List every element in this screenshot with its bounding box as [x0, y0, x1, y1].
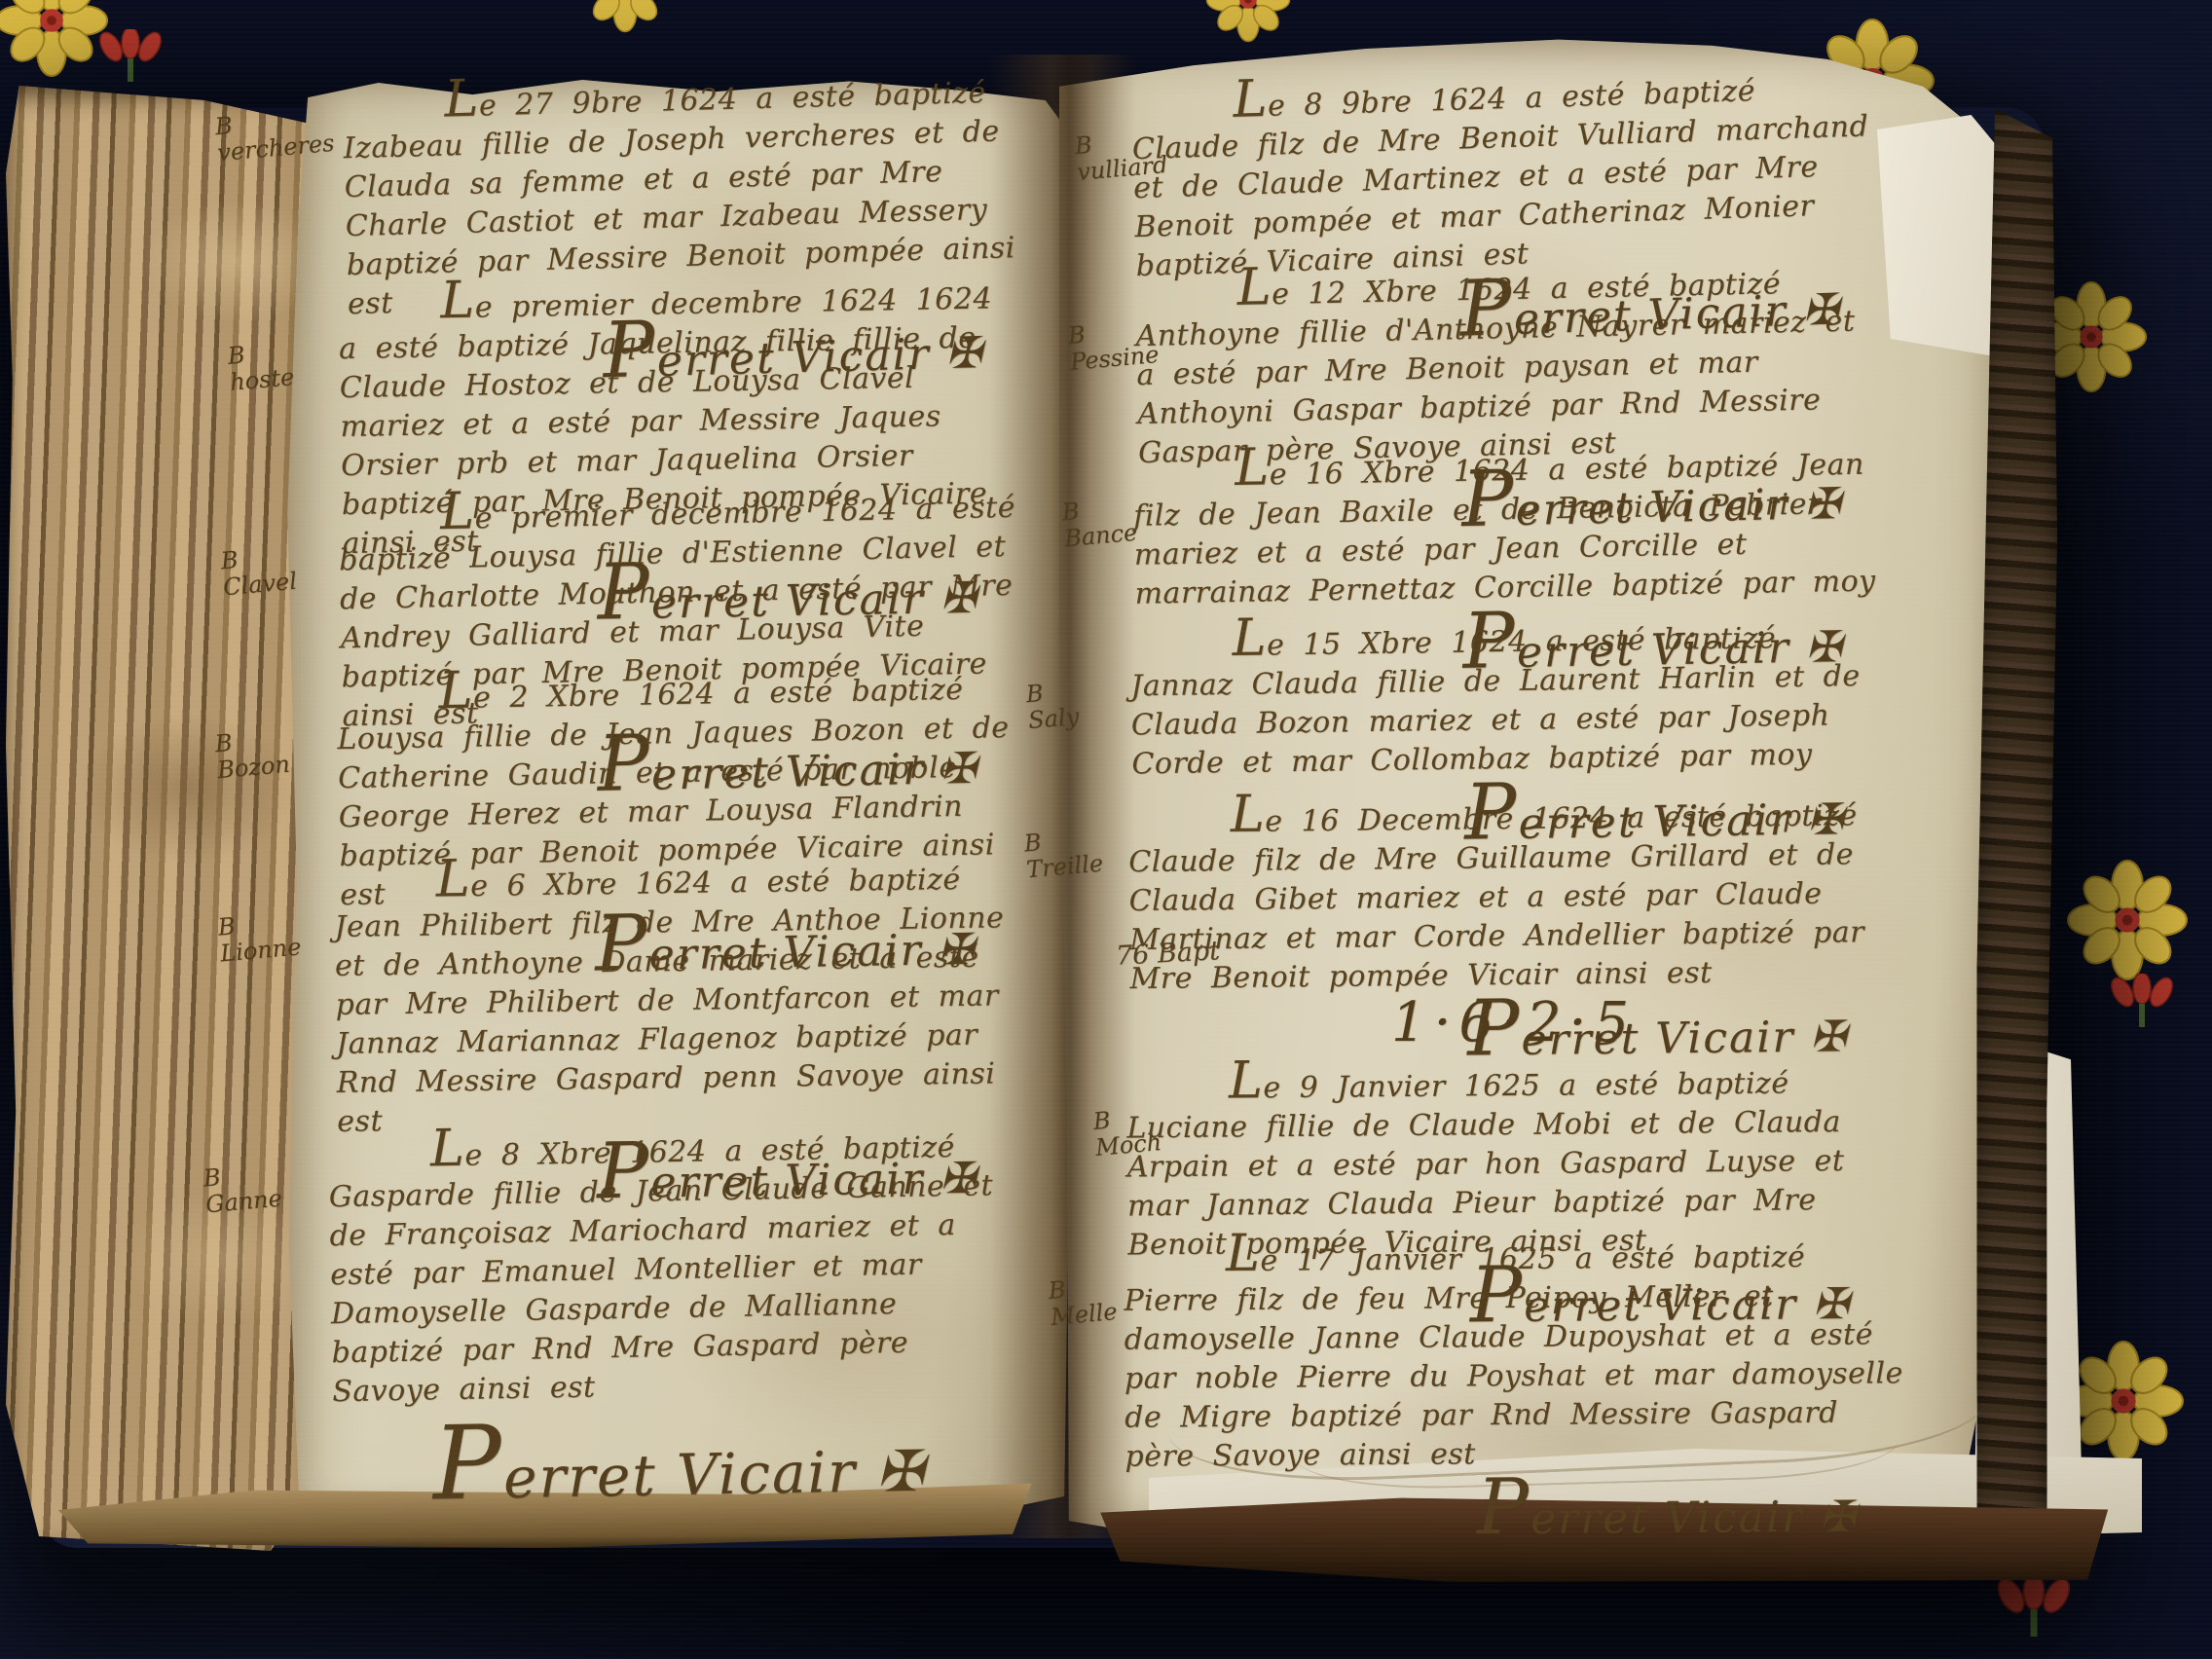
entry-text: Le 16 Decembre 1624 a esté baptizé Claud… — [1128, 785, 1895, 999]
entry-text: Le 15 Xbre 1624 a esté baptizé Jannaz Cl… — [1129, 607, 1891, 785]
margin-note: B Lionne — [217, 907, 303, 967]
parish-register-photo: B vercheres Le 27 9bre 1624 a esté bapti… — [0, 0, 2212, 1659]
baptism-count-note: 76 Bapt — [1115, 936, 1220, 972]
embroidered-flower-icon — [1205, 0, 1291, 43]
embroidered-flower-icon — [2066, 859, 2189, 981]
entry-text: Le 8 Xbre 1624 a esté baptizé Gasparde f… — [328, 1116, 1024, 1412]
margin-note: B Ganne — [203, 1160, 283, 1219]
baptism-entry: Le 17 Janvier 1625 a esté baptizé Pierre… — [1124, 1226, 1904, 1547]
margin-note: B vercheres — [214, 104, 336, 166]
vicar-signature: Perret Vicair ✠ — [333, 1414, 1025, 1514]
embroidered-flower-icon — [580, 0, 670, 33]
entry-text: Le 6 Xbre 1624 a esté baptizé Jean Phili… — [333, 848, 1023, 1142]
embroidered-red-bud-icon — [82, 29, 179, 88]
margin-note: B hoste — [227, 338, 296, 396]
margin-note: B Bance — [1061, 494, 1138, 552]
margin-note: B Clavel — [220, 542, 298, 601]
worn-page-edges-stack — [6, 86, 337, 1551]
embroidered-red-bud-icon — [2093, 974, 2191, 1034]
vicar-signature: Perret Vicair ✠ — [1125, 1473, 1904, 1547]
margin-note: B Bozon — [214, 725, 291, 784]
entry-text: Le 8 9bre 1624 a esté baptizé Claude fil… — [1130, 56, 1886, 286]
entry-text: Le 16 Xbre 1624 a esté baptizé Jean filz… — [1132, 433, 1890, 613]
baptism-entry: Le 8 Xbre 1624 a esté baptizé Gasparde f… — [328, 1116, 1026, 1514]
entry-text: Le 17 Janvier 1625 a esté baptizé Pierre… — [1124, 1226, 1904, 1477]
embroidered-red-bud-icon — [1976, 1575, 2091, 1643]
margin-note: B Melle — [1048, 1272, 1119, 1331]
margin-note: B Treille — [1023, 825, 1104, 884]
margin-note: B Saly — [1025, 678, 1080, 734]
year-heading: 1·6·2·5 — [1129, 991, 1899, 1054]
